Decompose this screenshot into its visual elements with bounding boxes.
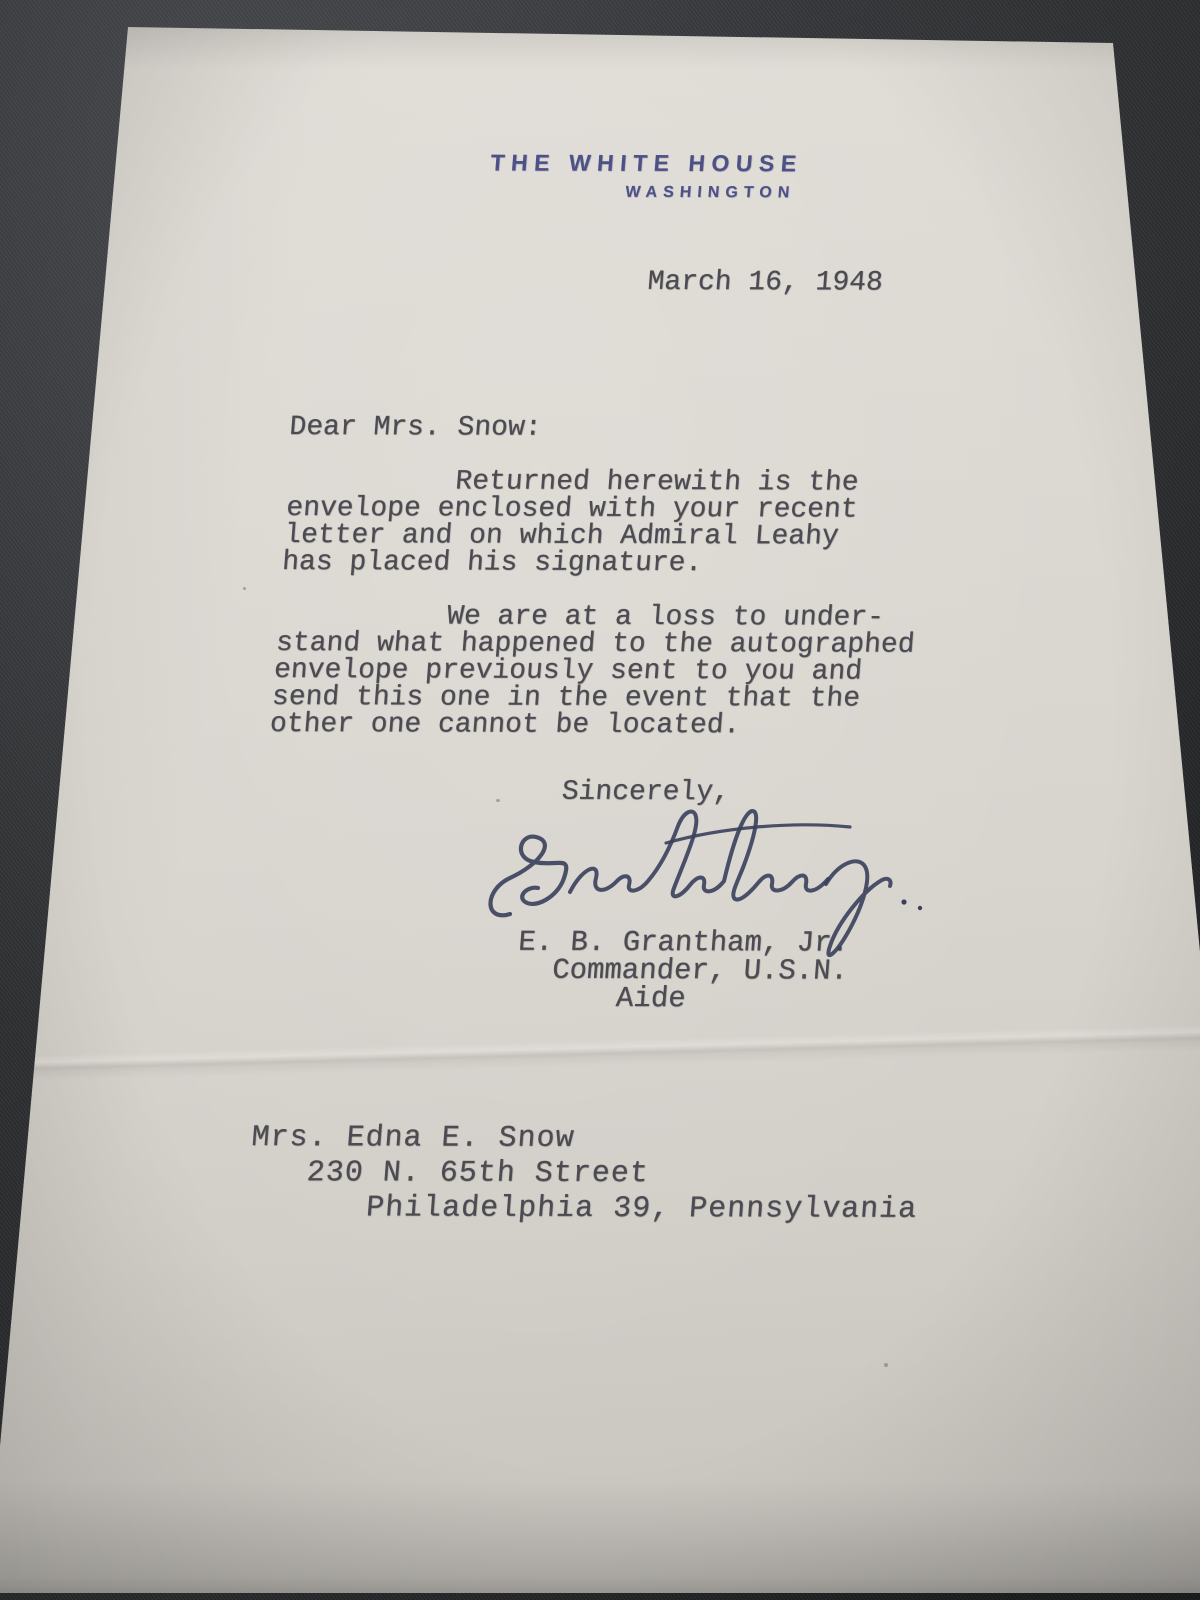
handwritten-signature <box>468 798 948 1008</box>
letterhead-title: THE WHITE HOUSE <box>490 149 804 177</box>
recipient-street: 230 N. 65th Street <box>306 1159 650 1188</box>
date-line: March 16, 1948 <box>646 269 883 298</box>
salutation: Dear Mrs. Snow: <box>288 414 542 443</box>
body-line: has placed his signature. <box>281 549 703 578</box>
recipient-city: Philadelphia 39, Pennsylvania <box>365 1194 918 1223</box>
recipient-name: Mrs. Edna E. Snow <box>250 1124 575 1153</box>
body-line: other one cannot be located. <box>269 711 742 740</box>
letterhead-subtitle: WASHINGTON <box>625 184 796 202</box>
